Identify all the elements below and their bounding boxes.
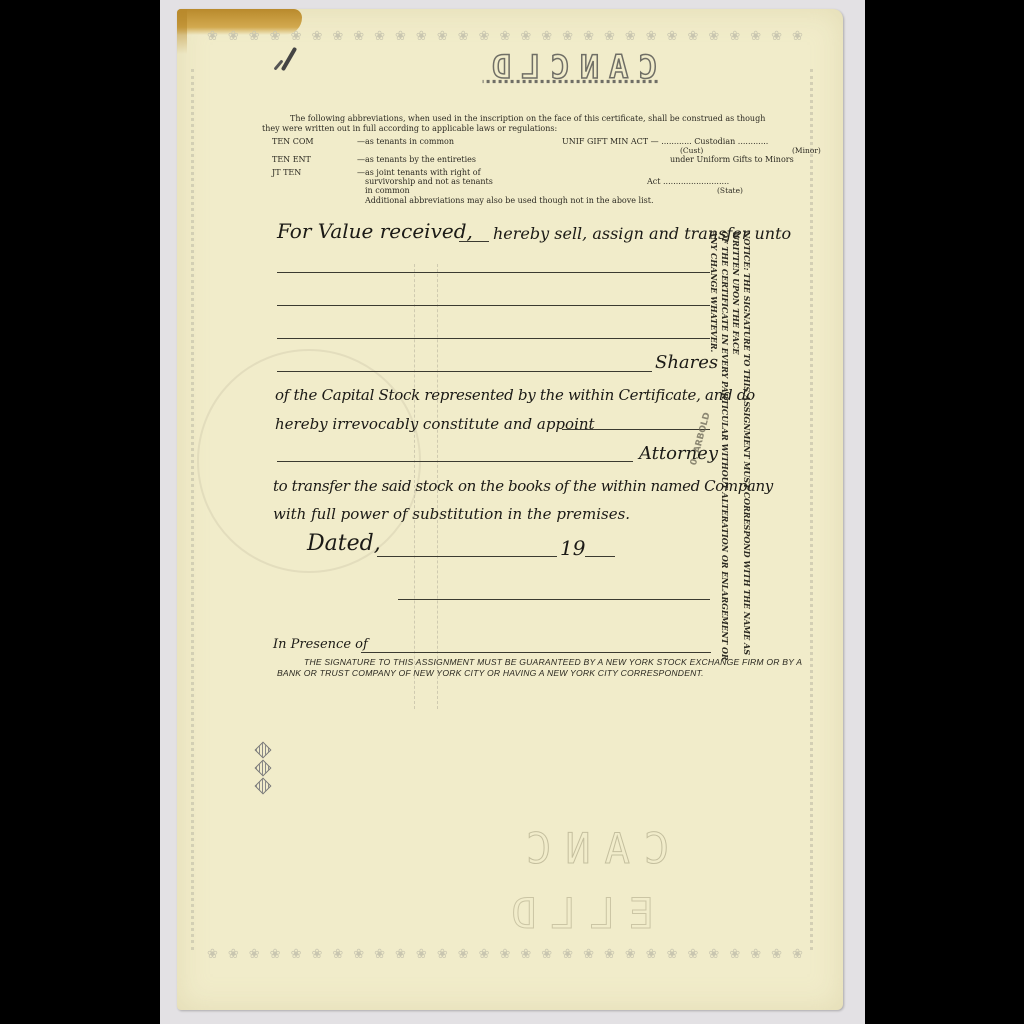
signature-line[interactable] — [398, 599, 710, 600]
cancelled-perforation-top: CANCLD — [482, 48, 658, 86]
assignor-blank-line[interactable] — [459, 241, 489, 242]
appoint-line[interactable] — [562, 429, 710, 430]
under-uniform-gifts: under Uniform Gifts to Minors — [670, 155, 794, 165]
abbr-code: TEN COM — [272, 137, 314, 147]
attorney-name-line[interactable] — [277, 461, 633, 462]
abbreviations-intro: The following abbreviations, when used i… — [262, 114, 842, 124]
witness-line[interactable] — [361, 652, 711, 653]
decorative-border-left — [191, 69, 208, 950]
capital-stock-text: of the Capital Stock represented by the … — [275, 386, 755, 404]
additional-abbreviations-note: Additional abbreviations may also be use… — [365, 196, 654, 206]
abbr-code: TEN ENT — [272, 155, 311, 165]
to-transfer-text: to transfer the said stock on the books … — [273, 477, 773, 495]
assignee-line-1[interactable] — [277, 272, 710, 273]
shares-count-line[interactable] — [277, 371, 652, 372]
dated-label: Dated, — [307, 531, 381, 556]
pen-mark — [281, 47, 297, 72]
age-stain-edge — [177, 9, 187, 54]
unif-gift-min-act: UNIF GIFT MIN ACT — ............ Custodi… — [562, 137, 768, 147]
vertical-signature-notice: NOTICE: THE SIGNATURE TO THIS ASSIGNMENT… — [708, 231, 752, 661]
abbr-desc: —as tenants by the entireties — [357, 155, 476, 165]
assignee-line-2[interactable] — [277, 305, 710, 306]
vertical-notice-line-2: OF THE CERTIFICATE IN EVERY PARTICULAR W… — [708, 231, 730, 661]
decorative-border-top: ❀❀❀❀❀❀❀❀❀❀❀❀❀❀❀❀❀❀❀❀❀❀❀❀❀❀❀❀❀❀ — [207, 29, 813, 47]
abbr-desc: —as tenants in common — [357, 137, 454, 147]
diamond-icon — [255, 742, 272, 759]
diamond-marks — [257, 744, 269, 792]
abbr-desc: in common — [365, 186, 410, 196]
for-value-received-label: For Value received, — [277, 219, 473, 243]
assignee-line-3[interactable] — [277, 338, 710, 339]
in-presence-of-label: In Presence of — [273, 637, 368, 652]
cancelled-perforation-bottom: ELLD — [497, 889, 654, 938]
full-power-text: with full power of substitution in the p… — [273, 505, 630, 523]
attorney-label: Attorney — [639, 443, 718, 464]
year-prefix: 19 — [560, 536, 585, 560]
state-label: (State) — [717, 186, 743, 196]
diamond-icon — [255, 760, 272, 777]
abbreviations-intro: they were written out in full according … — [262, 124, 842, 134]
stock-certificate-back: ❀❀❀❀❀❀❀❀❀❀❀❀❀❀❀❀❀❀❀❀❀❀❀❀❀❀❀❀❀❀ ❀❀❀❀❀❀❀❀❀… — [177, 9, 843, 1010]
decorative-border-bottom: ❀❀❀❀❀❀❀❀❀❀❀❀❀❀❀❀❀❀❀❀❀❀❀❀❀❀❀❀❀❀ — [207, 947, 813, 965]
hereby-irrevocably-text: hereby irrevocably constitute and appoin… — [275, 415, 595, 433]
date-line[interactable] — [377, 556, 557, 557]
diamond-icon — [255, 778, 272, 795]
year-line[interactable] — [585, 556, 615, 557]
vertical-notice-line-1: NOTICE: THE SIGNATURE TO THIS ASSIGNMENT… — [730, 231, 752, 661]
cancelled-perforation-bottom: CANC — [512, 824, 669, 873]
abbreviations-block: The following abbreviations, when used i… — [262, 114, 842, 207]
